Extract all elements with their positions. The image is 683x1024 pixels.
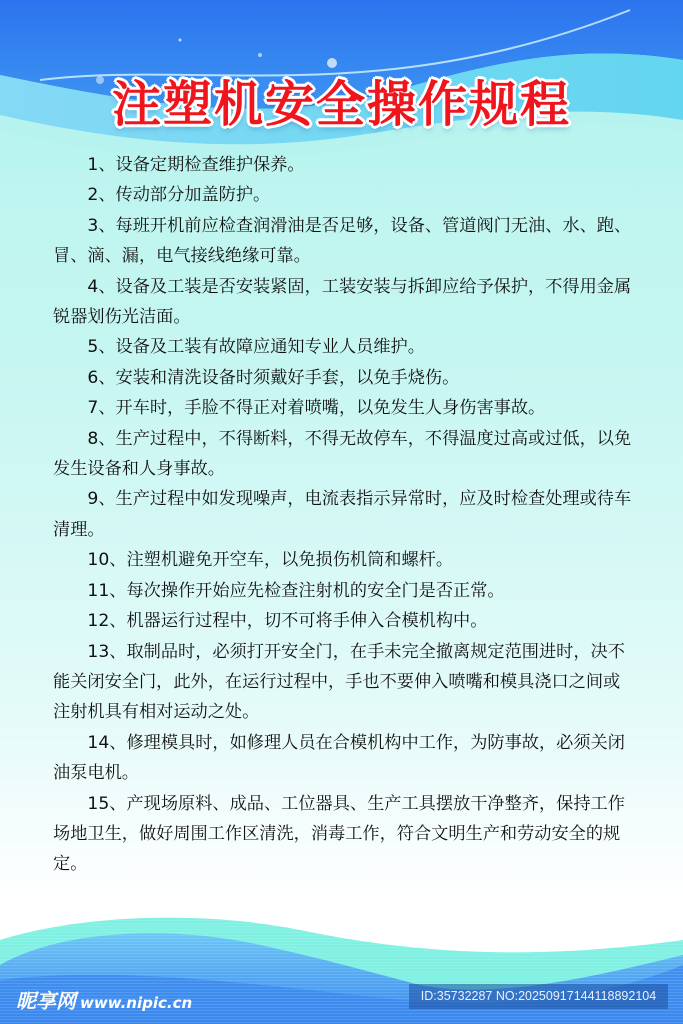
logo-text: 昵享网 [16,989,76,1013]
rule-item: 2、传动部分加盖防护。 [53,180,633,210]
safety-poster: 注塑机安全操作规程 1、设备定期检查维护保养。 2、传动部分加盖防护。 3、每班… [0,0,683,1024]
image-id-watermark: ID:35732287 NO:20250917144118892104 [409,984,668,1009]
rule-item: 4、设备及工装是否安装紧固，工装安装与拆卸应给予保护，不得用金属锐器划伤光洁面。 [53,272,633,333]
rule-item: 7、开车时，手脸不得正对着喷嘴，以免发生人身伤害事故。 [53,393,633,423]
site-logo: 昵享网www.nipic.cn [16,985,192,1014]
rule-item: 6、安装和清洗设备时须戴好手套，以免手烧伤。 [53,363,633,393]
poster-title: 注塑机安全操作规程 [0,66,683,136]
rule-item: 5、设备及工装有故障应通知专业人员维护。 [53,332,633,362]
rule-item: 3、每班开机前应检查润滑油是否足够，设备、管道阀门无油、水、跑、冒、滴、漏，电气… [53,211,633,272]
rule-item: 9、生产过程中如发现噪声，电流表指示异常时，应及时检查处理或待车清理。 [53,484,633,545]
rule-item: 8、生产过程中，不得断料，不得无故停车，不得温度过高或过低，以免发生设备和人身事… [53,424,633,485]
rule-item: 15、产现场原料、成品、工位器具、生产工具摆放干净整齐，保持工作场地卫生，做好周… [53,789,633,880]
site-url: www.nipic.cn [80,994,192,1012]
rule-item: 11、每次操作开始应先检查注射机的安全门是否正常。 [53,576,633,606]
rules-list: 1、设备定期检查维护保养。 2、传动部分加盖防护。 3、每班开机前应检查润滑油是… [53,150,633,880]
rule-item: 13、取制品时，必须打开安全门，在手未完全撤离规定范围进时，决不能关闭安全门，此… [53,637,633,728]
rule-item: 1、设备定期检查维护保养。 [53,150,633,180]
rule-item: 14、修理模具时，如修理人员在合模机构中工作，为防事故，必须关闭油泵电机。 [53,728,633,789]
rule-item: 10、注塑机避免开空车，以免损伤机筒和螺杆。 [53,545,633,575]
rule-item: 12、机器运行过程中，切不可将手伸入合模机构中。 [53,606,633,636]
